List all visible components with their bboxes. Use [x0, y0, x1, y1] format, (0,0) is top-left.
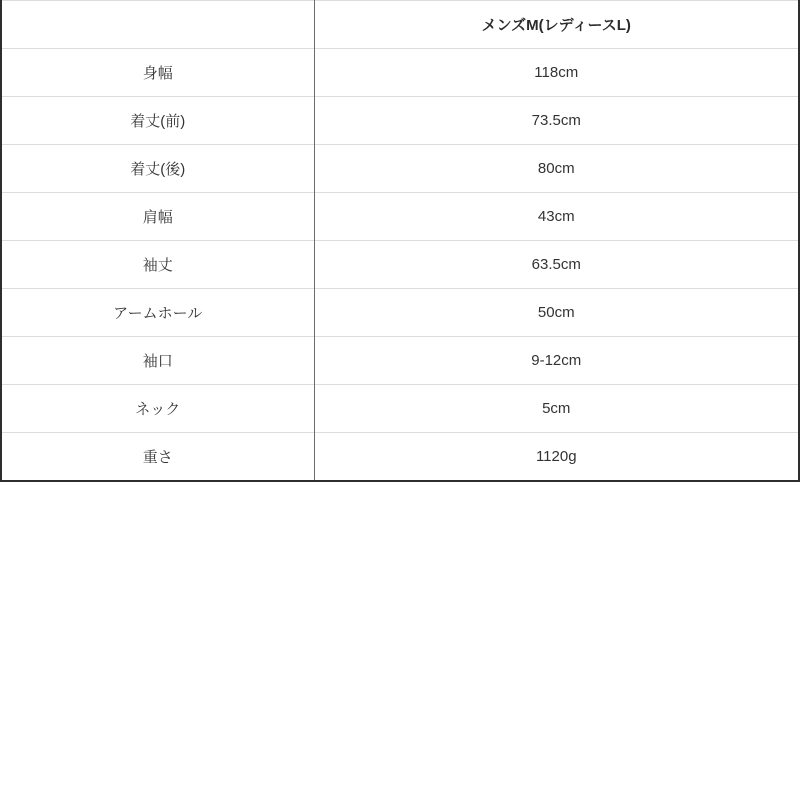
- measurement-value-cell: 73.5cm: [314, 97, 799, 145]
- header-size-cell: メンズM(レディースL): [314, 1, 799, 49]
- measurement-label-cell: 身幅: [1, 49, 314, 97]
- table-row: 袖口 9-12cm: [1, 337, 799, 385]
- table-row: 重さ 1120g: [1, 433, 799, 481]
- measurement-value-cell: 1120g: [314, 433, 799, 481]
- measurement-value-cell: 9-12cm: [314, 337, 799, 385]
- measurement-value-cell: 80cm: [314, 145, 799, 193]
- size-spec-table: メンズM(レディースL) 身幅 118cm 着丈(前) 73.5cm 着丈(後)…: [0, 0, 800, 482]
- table-row: 身幅 118cm: [1, 49, 799, 97]
- table-row: ネック 5cm: [1, 385, 799, 433]
- measurement-label-cell: アームホール: [1, 289, 314, 337]
- measurement-label-cell: 着丈(前): [1, 97, 314, 145]
- size-chart-image: メンズM(レディースL) 身幅 118cm 着丈(前) 73.5cm 着丈(後)…: [0, 0, 800, 800]
- table-row: 肩幅 43cm: [1, 193, 799, 241]
- header-empty-cell: [1, 1, 314, 49]
- measurement-label-cell: 着丈(後): [1, 145, 314, 193]
- measurement-value-cell: 43cm: [314, 193, 799, 241]
- measurement-label-cell: 袖丈: [1, 241, 314, 289]
- measurement-value-cell: 118cm: [314, 49, 799, 97]
- measurement-value-cell: 63.5cm: [314, 241, 799, 289]
- table-row: 着丈(後) 80cm: [1, 145, 799, 193]
- measurement-label-cell: ネック: [1, 385, 314, 433]
- measurement-label-cell: 袖口: [1, 337, 314, 385]
- measurement-label-cell: 肩幅: [1, 193, 314, 241]
- table-row: 袖丈 63.5cm: [1, 241, 799, 289]
- table-row: アームホール 50cm: [1, 289, 799, 337]
- table-row: 着丈(前) 73.5cm: [1, 97, 799, 145]
- measurement-label-cell: 重さ: [1, 433, 314, 481]
- measurement-value-cell: 50cm: [314, 289, 799, 337]
- measurement-value-cell: 5cm: [314, 385, 799, 433]
- table-header-row: メンズM(レディースL): [1, 1, 799, 49]
